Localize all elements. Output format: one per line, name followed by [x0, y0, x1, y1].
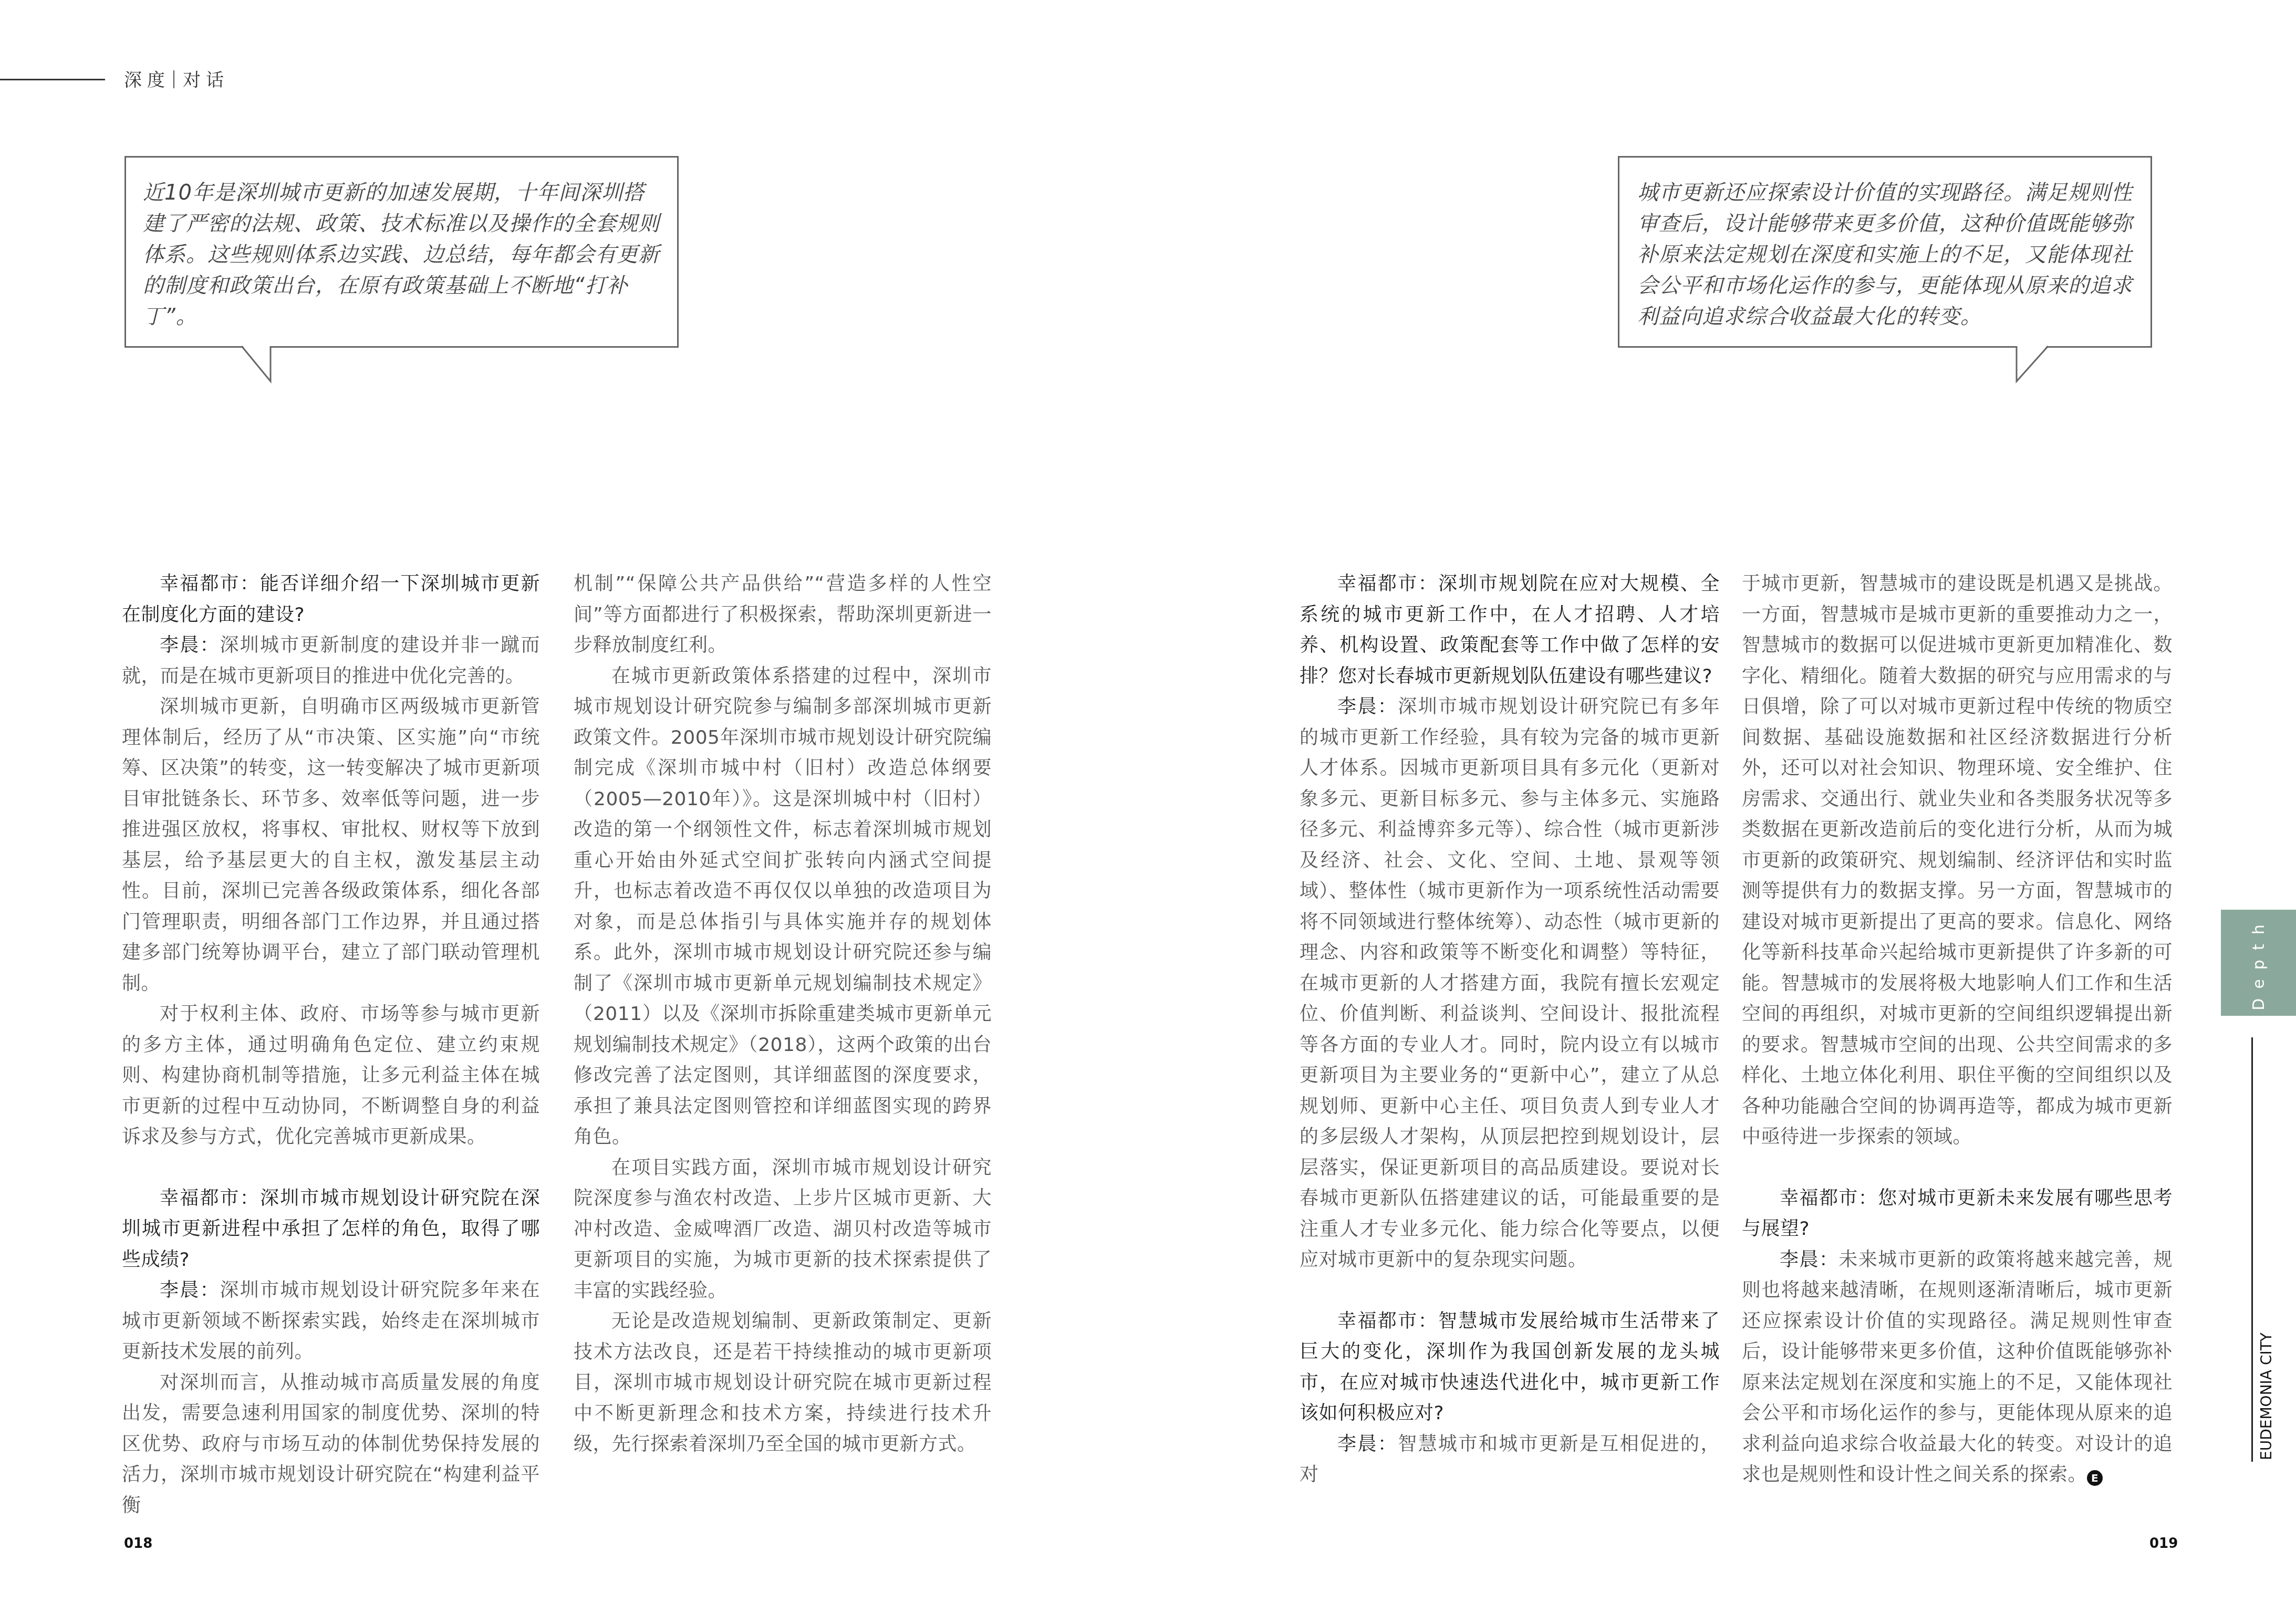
pull-quote-right: 城市更新还应探索设计价值的实现路径。满足规则性审查后，设计能够带来更多价值，这种…: [1618, 156, 2152, 348]
magazine-brand: EUDEMONIA CITY: [2258, 1333, 2275, 1460]
article-column-1: 幸福都市：能否详细介绍一下深圳城市更新在制度化方面的建设? 李晨：深圳城市更新制…: [122, 569, 540, 1521]
paragraph: 对深圳而言，从推动城市高质量发展的角度出发，需要急速利用国家的制度优势、深圳的特…: [122, 1368, 540, 1522]
paragraph: 深圳城市更新，自明确市区两级城市更新管理体制后，经历了从“市决策、区实施”向“市…: [122, 692, 540, 999]
interview-answer: 李晨：深圳城市更新制度的建设并非一蹴而就，而是在城市更新项目的推进中优化完善的。: [122, 630, 540, 692]
speech-bubble-tail: [242, 345, 278, 387]
speech-bubble-tail: [2017, 345, 2053, 387]
paragraph: 在城市更新政策体系搭建的过程中，深圳市城市规划设计研究院参与编制多部深圳城市更新…: [574, 661, 992, 1153]
interview-question: 幸福都市：深圳市城市规划设计研究院在深圳城市更新进程中承担了怎样的角色，取得了哪…: [122, 1183, 540, 1276]
section-tab-label: Depth: [2249, 915, 2268, 1010]
paragraph: 机制”“保障公共产品供给”“营造多样的人性空间”等方面都进行了积极探索，帮助深圳…: [574, 569, 992, 661]
pull-quote-left-text: 近10年是深圳城市更新的加速发展期，十年间深圳搭建了严密的法规、政策、技术标准以…: [143, 178, 661, 332]
page-number-left: 018: [124, 1536, 152, 1552]
pull-quote-right-text: 城市更新还应探索设计价值的实现路径。满足规则性审查后，设计能够带来更多价值，这种…: [1637, 178, 2135, 332]
section-label: 深度: [124, 70, 170, 91]
interview-answer: 李晨：深圳市城市规划设计研究院多年来在城市更新领域不断探索实践，始终走在深圳城市…: [122, 1275, 540, 1368]
article-end-icon: E: [2087, 1470, 2103, 1486]
subsection-label: 对话: [183, 70, 229, 91]
interview-answer: 李晨：深圳市城市规划设计研究院已有多年的城市更新工作经验，具有较为完备的城市更新…: [1300, 692, 1720, 1276]
paragraph: 在项目实践方面，深圳市城市规划设计研究院深度参与渔农村改造、上步片区城市更新、大…: [574, 1153, 992, 1307]
article-column-2: 机制”“保障公共产品供给”“营造多样的人性空间”等方面都进行了积极探索，帮助深圳…: [574, 569, 992, 1460]
paragraph: 于城市更新，智慧城市的建设既是机遇又是挑战。一方面，智慧城市是城市更新的重要推动…: [1742, 569, 2173, 1153]
interview-answer: 李晨：智慧城市和城市更新是互相促进的，对: [1300, 1429, 1720, 1491]
page-number-right: 019: [2149, 1536, 2178, 1552]
header-rule: [0, 79, 105, 80]
header-divider: [173, 70, 174, 88]
article-column-4: 于城市更新，智慧城市的建设既是机遇又是挑战。一方面，智慧城市是城市更新的重要推动…: [1742, 569, 2173, 1491]
paragraph: 对于权利主体、政府、市场等参与城市更新的多方主体，通过明确角色定位、建立约束规则…: [122, 999, 540, 1153]
paragraph: 无论是改造规划编制、更新政策制定、更新技术方法改良，还是若干持续推动的城市更新项…: [574, 1306, 992, 1460]
section-tab-depth: Depth: [2221, 910, 2296, 1016]
pull-quote-left: 近10年是深圳城市更新的加速发展期，十年间深圳搭建了严密的法规、政策、技术标准以…: [124, 156, 679, 348]
interview-question: 幸福都市：深圳市规划院在应对大规模、全系统的城市更新工作中，在人才招聘、人才培养…: [1300, 569, 1720, 692]
interview-question: 幸福都市：智慧城市发展给城市生活带来了巨大的变化，深圳作为我国创新发展的龙头城市…: [1300, 1306, 1720, 1429]
interview-question: 幸福都市：您对城市更新未来发展有哪些思考与展望?: [1742, 1183, 2173, 1245]
section-header: 深度对话: [124, 66, 229, 91]
side-rule: [2251, 1037, 2253, 1462]
interview-question: 幸福都市：能否详细介绍一下深圳城市更新在制度化方面的建设?: [122, 569, 540, 630]
article-column-3: 幸福都市：深圳市规划院在应对大规模、全系统的城市更新工作中，在人才招聘、人才培养…: [1300, 569, 1720, 1491]
interview-answer: 李晨：未来城市更新的政策将越来越完善，规则也将越来越清晰，在规则逐渐清晰后，城市…: [1742, 1245, 2173, 1491]
